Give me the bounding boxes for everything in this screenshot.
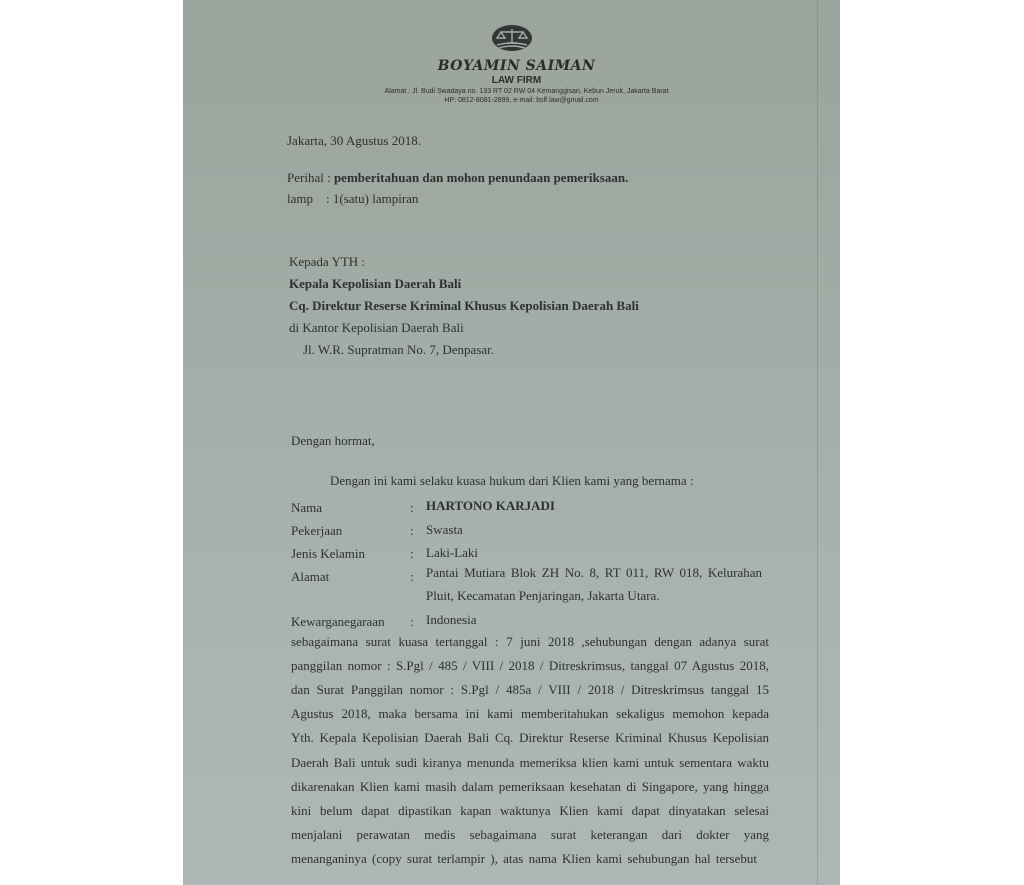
field-separator: : [410, 614, 414, 630]
scales-of-justice-icon [491, 24, 533, 52]
field-label-pekerjaan: Pekerjaan [291, 523, 342, 539]
field-label-kewarganegaraan: Kewarganegaraan [291, 614, 385, 630]
field-value-nama: HARTONO KARJADI [426, 498, 555, 514]
body-line: Yth. Kepala Kepolisian Daerah Bali Cq. D… [291, 730, 769, 746]
attachment-value: : 1(satu) lampiran [326, 191, 418, 207]
intro-paragraph: Dengan ini kami selaku kuasa hukum dari … [330, 473, 694, 489]
field-separator: : [410, 569, 414, 585]
scanned-letter-page: BOYAMIN SAIMAN LAW FIRM Alamat : Jl. Bud… [183, 0, 840, 885]
field-label-nama: Nama [291, 500, 322, 516]
recipient-line-3: di Kantor Kepolisian Daerah Bali [289, 320, 464, 336]
body-line: kini belum dapat dipastikan kapan waktun… [291, 803, 769, 819]
field-value-alamat: Pantai Mutiara Blok ZH No. 8, RT 011, RW… [426, 565, 762, 581]
body-line: menjalani perawatan medis sebagaimana su… [291, 827, 769, 843]
subject-line: Perihal : pemberitahuan dan mohon penund… [287, 170, 628, 186]
recipient-salutation: Kepada YTH : [289, 254, 365, 270]
field-label-jenis-kelamin: Jenis Kelamin [291, 546, 365, 562]
field-value-kewarganegaraan: Indonesia [426, 612, 477, 628]
letter-date: Jakarta, 30 Agustus 2018. [287, 133, 421, 149]
firm-contact: HP: 0812-8081-2899, e-mail: bslf.law@gma… [183, 97, 840, 104]
firm-address: Alamat : Jl. Budi Swadaya no. 133 RT 02 … [183, 88, 840, 95]
firm-name: BOYAMIN SAIMAN [183, 58, 840, 74]
subject-text: pemberitahuan dan mohon penundaan pemeri… [334, 170, 628, 185]
attachment-label: lamp [287, 191, 313, 207]
field-separator: : [410, 500, 414, 516]
body-line: sebagaimana surat kuasa tertanggal : 7 j… [291, 634, 769, 650]
field-value-alamat-cont: Pluit, Kecamatan Penjaringan, Jakarta Ut… [426, 588, 660, 604]
field-separator: : [410, 546, 414, 562]
field-value-pekerjaan: Swasta [426, 522, 463, 538]
field-value-jenis-kelamin: Laki-Laki [426, 545, 478, 561]
field-label-alamat: Alamat [291, 569, 329, 585]
field-separator: : [410, 523, 414, 539]
body-line: Daerah Bali untuk sudi kiranya menunda m… [291, 755, 769, 771]
body-line: panggilan nomor : S.Pgl / 485 / VIII / 2… [291, 658, 769, 674]
letterhead: BOYAMIN SAIMAN LAW FIRM Alamat : Jl. Bud… [183, 24, 840, 104]
recipient-line-1: Kepala Kepolisian Daerah Bali [289, 276, 461, 292]
body-line: dikarenakan Klien kami masih dalam pemer… [291, 779, 769, 795]
firm-subtitle: LAW FIRM [183, 75, 840, 86]
body-line: dan Surat Panggilan nomor : S.Pgl / 485a… [291, 682, 769, 698]
body-line: menanganinya (copy surat terlampir ), at… [291, 851, 757, 867]
recipient-line-4: Jl. W.R. Supratman No. 7, Denpasar. [303, 342, 494, 358]
greeting: Dengan hormat, [291, 433, 375, 449]
body-line: Agustus 2018, maka bersama ini kami memb… [291, 706, 769, 722]
recipient-line-2: Cq. Direktur Reserse Kriminal Khusus Kep… [289, 298, 639, 314]
subject-label: Perihal : [287, 170, 334, 185]
